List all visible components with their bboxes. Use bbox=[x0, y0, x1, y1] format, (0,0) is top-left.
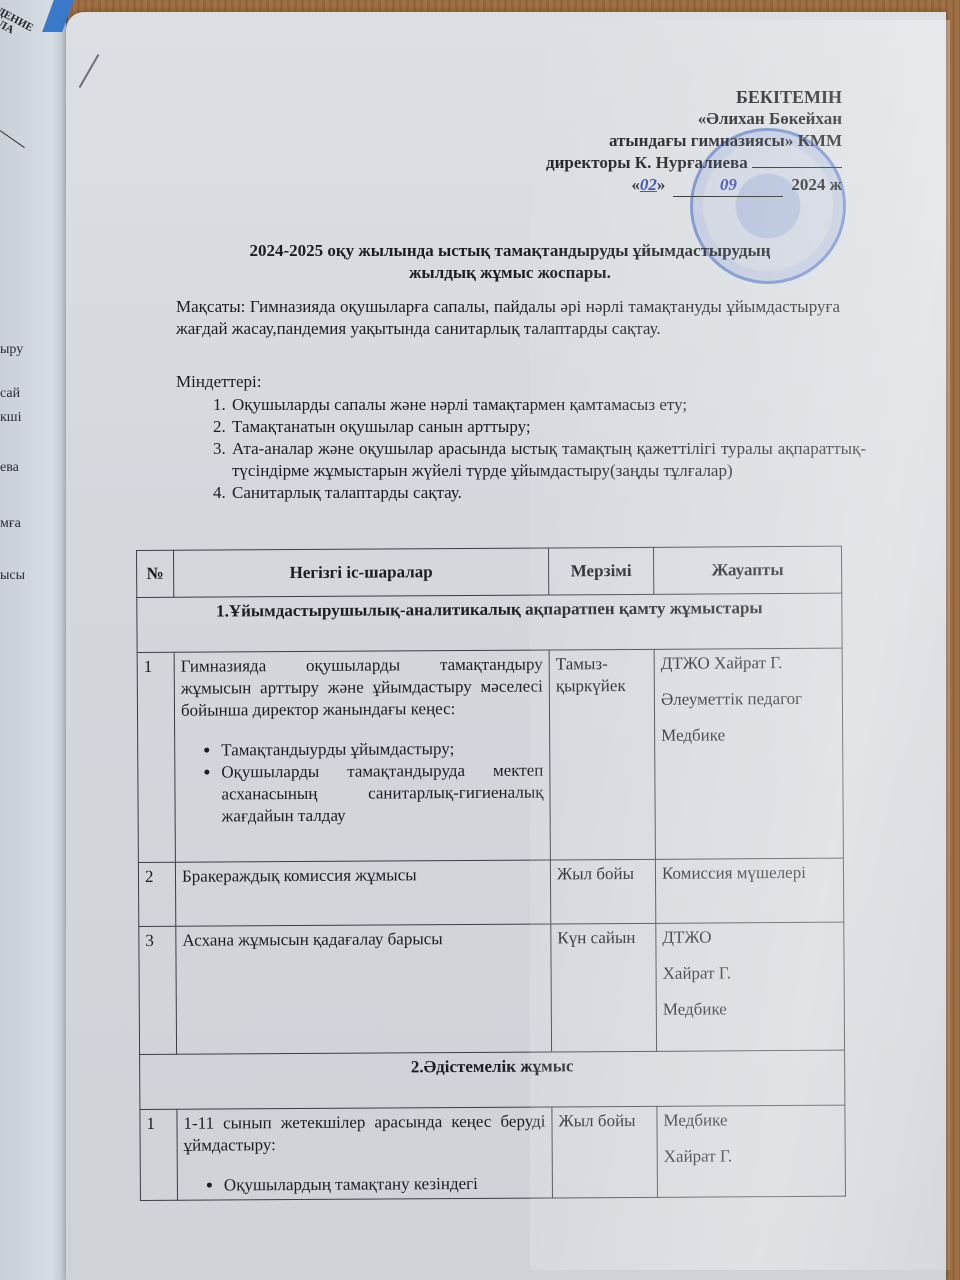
responsible-person: Медбике bbox=[663, 998, 838, 1021]
row-responsible: ДТЖО Хайрат Г. Әлеуметтік педагог Медбик… bbox=[654, 648, 843, 859]
table-row: 3 Асхана жұмысын қадағалау барысы Күн са… bbox=[139, 922, 845, 1054]
activity-text: Гимназияда оқушыларды тамақтандыру жұмыс… bbox=[181, 654, 543, 722]
task-item: Тамақтанатын оқушылар санын арттыру; bbox=[230, 416, 866, 438]
table-row: 1 Гимназияда оқушыларды тамақтандыру жұм… bbox=[137, 648, 843, 862]
approval-line: атындағы гимназиясы» КММ bbox=[546, 130, 842, 152]
activity-bullets: Оқушылардың тамақтану кезіндегі bbox=[184, 1173, 546, 1197]
responsible-person: Хайрат Г. bbox=[663, 962, 838, 985]
row-activity: Асхана жұмысын қадағалау барысы bbox=[176, 924, 552, 1054]
bullet-item: Тамақтандыурды ұйымдастыру; bbox=[221, 738, 543, 762]
row-activity: 1-11 сынып жетекшілер арасында кеңес бер… bbox=[177, 1107, 553, 1200]
plan-table: № Негізгі іс-шаралар Мерзімі Жауапты 1.Ұ… bbox=[136, 546, 846, 1201]
responsible-person: Комиссия мүшелері bbox=[662, 862, 837, 885]
header-term: Мерзімі bbox=[548, 547, 653, 595]
approval-block: БЕКІТЕМІН «Әлихан Бөкейхан атындағы гимн… bbox=[546, 86, 842, 197]
responsible-person: ДТЖО bbox=[662, 926, 837, 949]
date-year: 2024 ж bbox=[791, 174, 842, 196]
document-title: 2024-2025 оқу жылында ыстық тамақтандыру… bbox=[170, 240, 850, 284]
approval-date: «02» 09 2024 ж bbox=[546, 174, 842, 197]
responsible-person: Медбике bbox=[663, 1109, 838, 1132]
row-activity: Гимназияда оқушыларды тамақтандыру жұмыс… bbox=[174, 650, 550, 862]
approval-director: директоры К. Нурғалиева bbox=[546, 152, 842, 174]
title-line: 2024-2025 оқу жылында ыстық тамақтандыру… bbox=[170, 240, 850, 262]
table-row: 2 Бракераждық комиссия жұмысы Жыл бойы К… bbox=[138, 858, 843, 926]
row-term: Тамыз-қыркүйек bbox=[549, 649, 655, 860]
approval-title: БЕКІТЕМІН bbox=[546, 86, 842, 108]
row-responsible: Комиссия мүшелері bbox=[655, 858, 843, 923]
row-term: Күн сайын bbox=[551, 923, 657, 1052]
section-row: 1.Ұйымдастырушылық-аналитикалық ақпаратп… bbox=[137, 593, 842, 652]
tasks-list: Оқушыларды сапалы және нәрлі тамақтармен… bbox=[202, 394, 866, 504]
row-responsible: ДТЖО Хайрат Г. Медбике bbox=[656, 922, 845, 1051]
approval-line: «Әлихан Бөкейхан bbox=[546, 108, 842, 130]
quote-close: » bbox=[657, 175, 666, 194]
director-name: директоры К. Нурғалиева bbox=[546, 153, 748, 172]
signature-line bbox=[752, 167, 842, 168]
section-title: 2.Әдістемелік жұмыс bbox=[140, 1050, 845, 1109]
responsible-person: ДТЖО Хайрат Г. bbox=[661, 652, 836, 675]
task-item: Санитарлық талаптарды сақтау. bbox=[230, 482, 866, 504]
task-item: Ата-аналар және оқушылар арасында ыстық … bbox=[230, 438, 866, 482]
responsible-person: Әлеуметтік педагог bbox=[661, 688, 836, 711]
row-activity: Бракераждық комиссия жұмысы bbox=[175, 860, 550, 926]
row-no: 1 bbox=[137, 652, 175, 862]
row-term: Жыл бойы bbox=[550, 859, 655, 924]
purpose-paragraph: Мақсаты: Гимназияда оқушыларға сапалы, п… bbox=[176, 296, 840, 340]
responsible-person: Медбике bbox=[661, 724, 836, 747]
bullet-item: Оқушылардың тамақтану кезіндегі bbox=[224, 1173, 546, 1197]
section-row: 2.Әдістемелік жұмыс bbox=[140, 1050, 845, 1109]
activity-bullets: Тамақтандыурды ұйымдастыру; Оқушыларды т… bbox=[181, 738, 544, 828]
activity-text: 1-11 сынып жетекшілер арасында кеңес бер… bbox=[183, 1111, 545, 1157]
date-day: 02 bbox=[640, 175, 657, 194]
task-item: Оқушыларды сапалы және нәрлі тамақтармен… bbox=[230, 394, 866, 416]
bullet-item: Оқушыларды тамақтандыруда мектеп асханас… bbox=[221, 760, 543, 828]
tasks-label: Міндеттері: bbox=[176, 372, 261, 392]
header-responsible: Жауапты bbox=[653, 546, 841, 594]
table-row: 1 1-11 сынып жетекшілер арасында кеңес б… bbox=[140, 1105, 846, 1200]
table-header-row: № Негізгі іс-шаралар Мерзімі Жауапты bbox=[137, 546, 842, 597]
header-no: № bbox=[137, 550, 174, 597]
row-no: 3 bbox=[139, 926, 177, 1054]
date-day-field: «02» bbox=[631, 174, 665, 196]
date-month: 09 bbox=[673, 174, 783, 197]
section-title: 1.Ұйымдастырушылық-аналитикалық ақпаратп… bbox=[137, 593, 842, 652]
responsible-person: Хайрат Г. bbox=[664, 1145, 839, 1168]
row-responsible: Медбике Хайрат Г. bbox=[657, 1105, 846, 1197]
header-activities: Негізгі іс-шаралар bbox=[174, 548, 549, 597]
row-no: 1 bbox=[140, 1109, 178, 1200]
document-content: БЕКІТЕМІН «Әлихан Бөкейхан атындағы гимн… bbox=[0, 0, 960, 1280]
title-line: жылдық жұмыс жоспары. bbox=[170, 262, 850, 284]
quote-open: « bbox=[631, 175, 640, 194]
row-term: Жыл бойы bbox=[552, 1106, 658, 1198]
row-no: 2 bbox=[138, 862, 175, 926]
